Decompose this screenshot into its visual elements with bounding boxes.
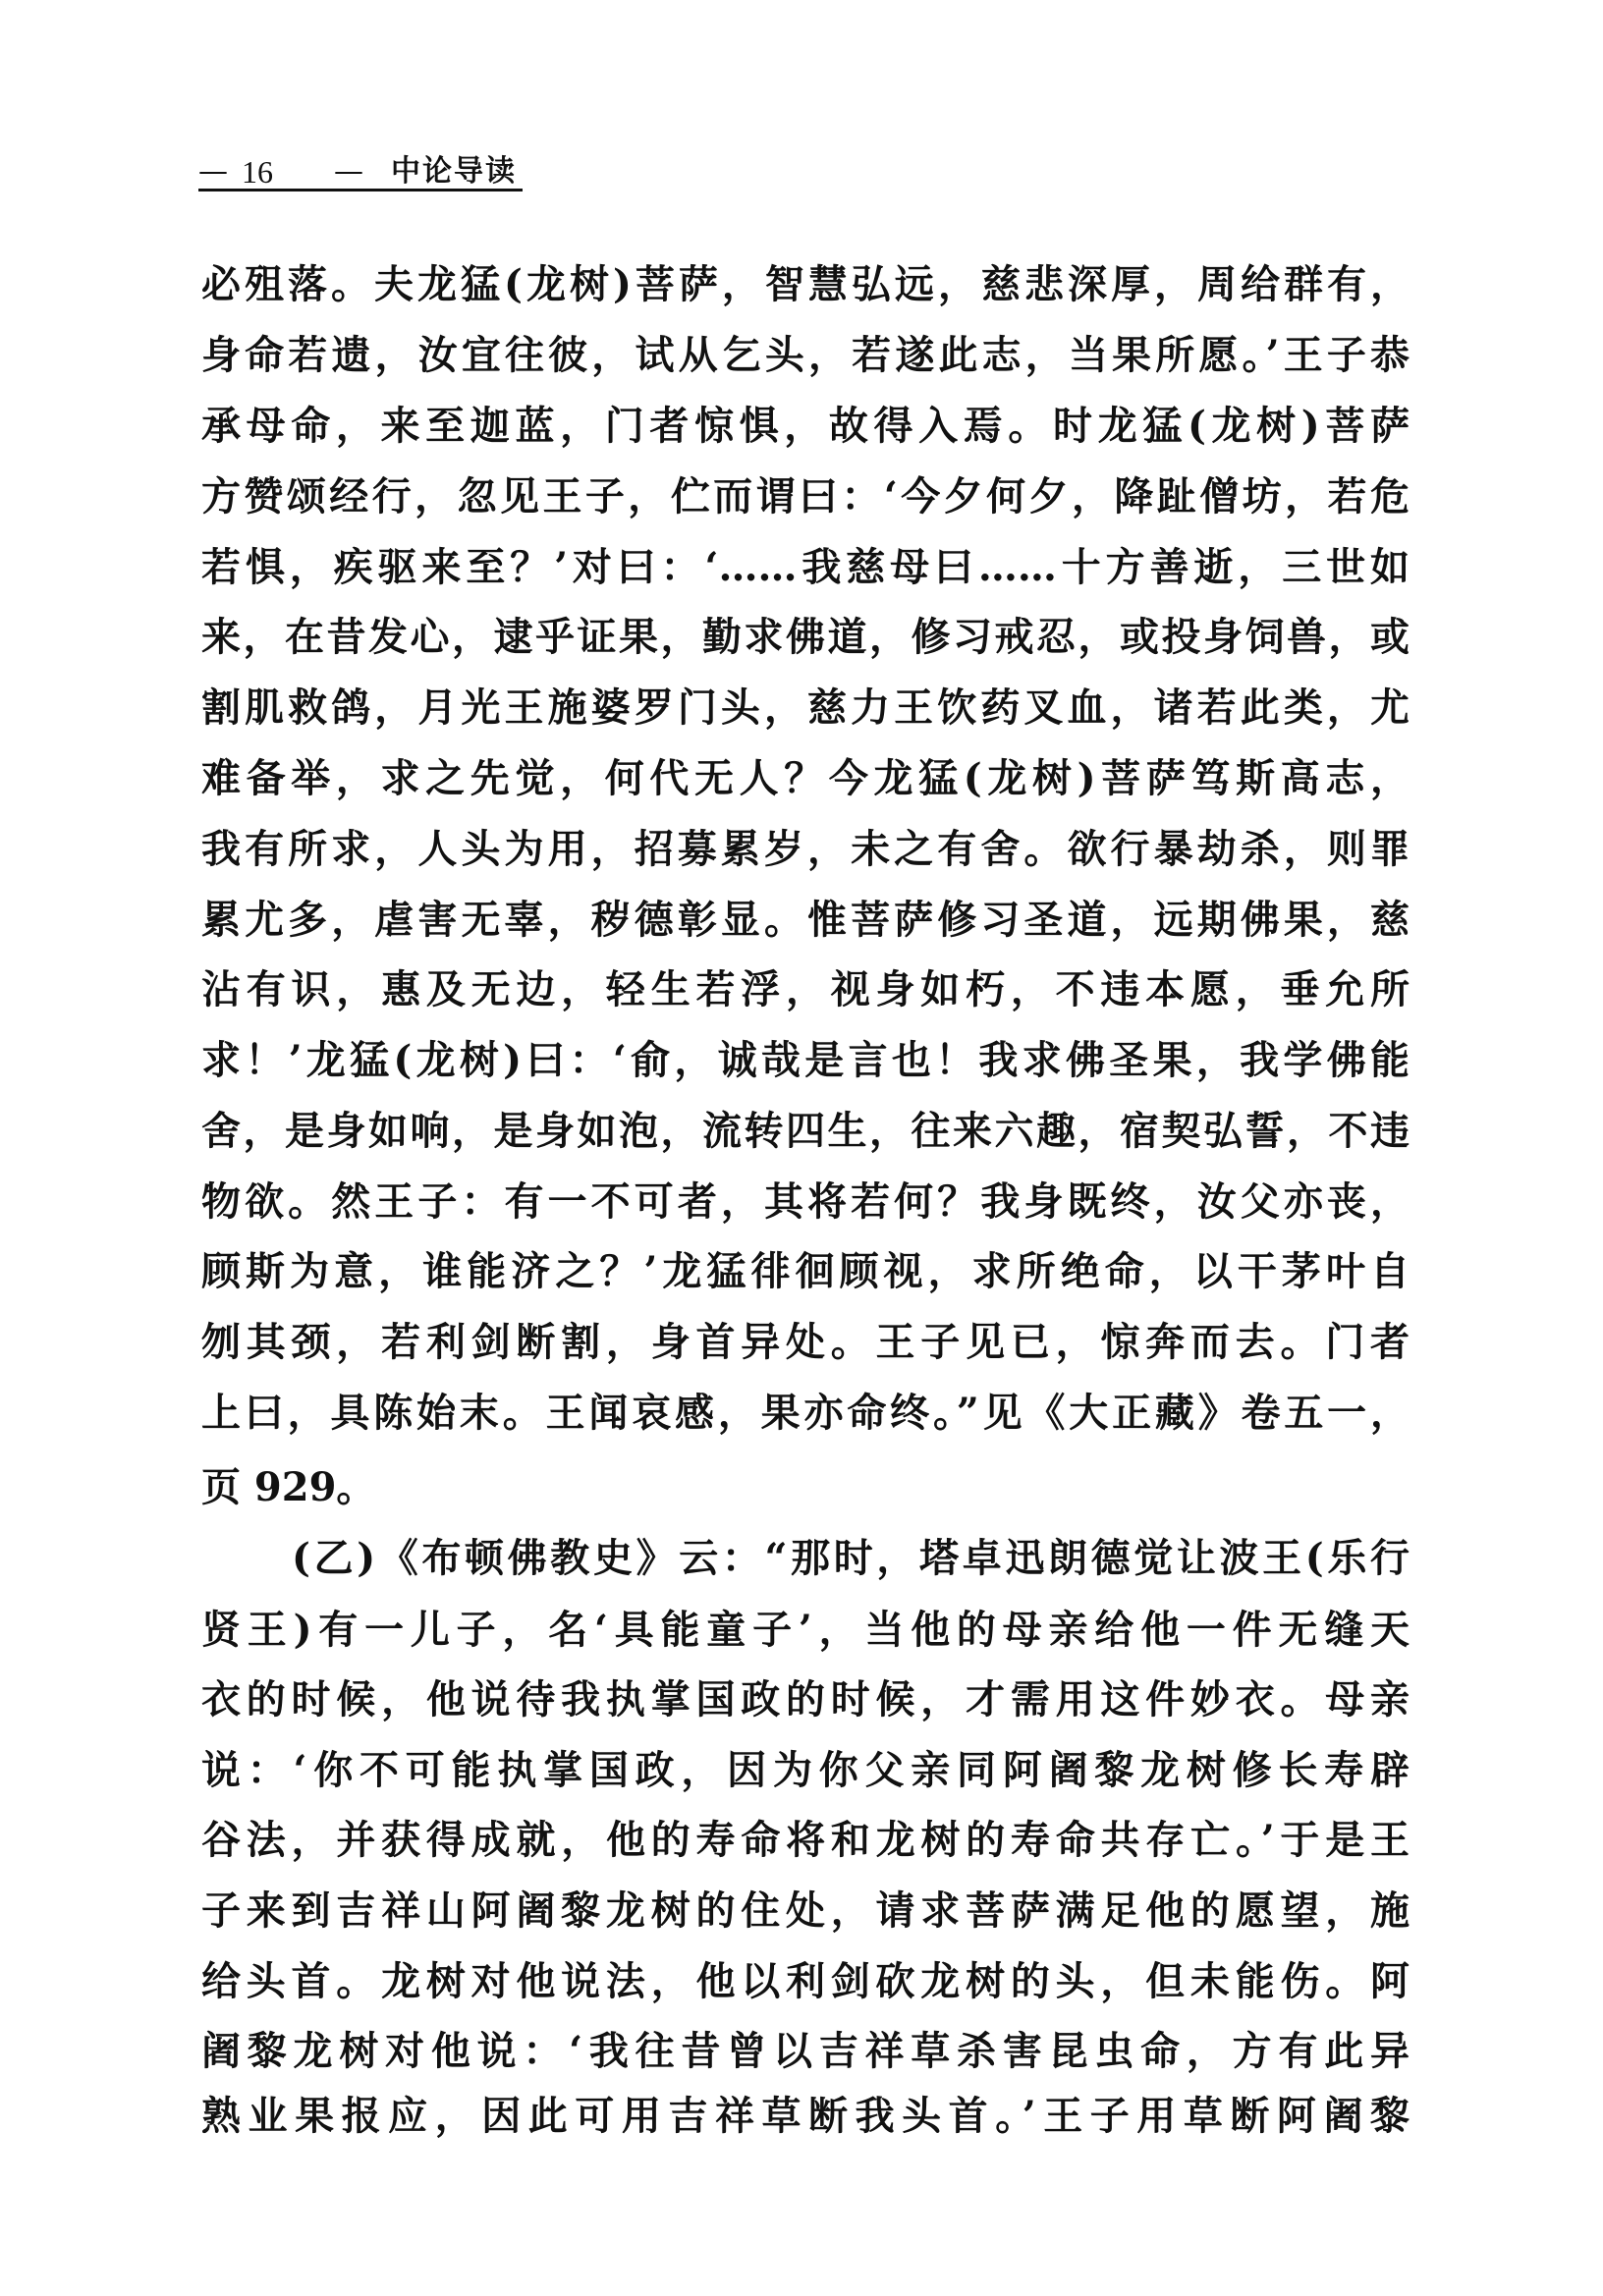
text-line: (乙)《布顿佛教史》云：“那时，塔卓迅朗德觉让波王(乐行	[292, 1534, 1410, 1583]
text-line: 若惧，疾驱来至？’对曰：‘……我慈母曰……十方善逝，三世如	[201, 543, 1410, 592]
text-line: 物欲。然王子：有一不可者，其将若何？我身既终，汝父亦丧，	[201, 1177, 1410, 1227]
text-line: 子来到吉祥山阿阇黎龙树的住处，请求菩萨满足他的愿望，施	[201, 1886, 1410, 1936]
text-line: 贤王)有一儿子，名‘具能童子’，当他的母亲给他一件无缝天	[201, 1606, 1410, 1655]
text-line: 阇黎龙树对他说：‘我往昔曾以吉祥草杀害昆虫命，方有此异	[201, 2027, 1410, 2076]
text-line: 割肌救鸽，月光王施婆罗门头，慈力王饮药叉血，诸若此类，尤	[201, 683, 1410, 733]
text-line: 给头首。龙树对他说法，他以利剑砍龙树的头，但未能伤。阿	[201, 1957, 1410, 2006]
page-number: 16	[242, 157, 273, 187]
text-line: 衣的时候，他说待我执掌国政的时候，才需用这件妙衣。母亲	[201, 1675, 1410, 1724]
text-line: 方赞颂经行，忽见王子，伫而谓曰：‘今夕何夕，降趾僧坊，若危	[201, 472, 1410, 521]
text-line: 刎其颈，若利剑断割，身首异处。王子见已，惊奔而去。门者	[201, 1318, 1410, 1367]
book-title: 中论导读	[391, 157, 517, 187]
running-head: — 16 — 中论导读	[198, 155, 523, 191]
text-line: 顾斯为意，谁能济之？’龙猛徘徊顾视，求所绝命，以干茅叶自	[201, 1247, 1410, 1296]
text-line: 身命若遗，汝宜往彼，试从乞头，若遂此志，当果所愿。’王子恭	[201, 331, 1410, 380]
text-line: 舍，是身如响，是身如泡，流转四生，往来六趣，宿契弘誓，不违	[201, 1107, 1410, 1156]
text-line: 求！’龙猛(龙树)曰：‘俞，诚哉是言也！我求佛圣果，我学佛能	[201, 1036, 1410, 1085]
text-line: 我有所求，人头为用，招募累岁，未之有舍。欲行暴劫杀，则罪	[201, 825, 1410, 874]
text-line: 熟业果报应，因此可用吉祥草断我头首。’王子用草断阿阇黎	[201, 2092, 1410, 2141]
text-line: 沾有识，惠及无边，轻生若浮，视身如朽，不违本愿，垂允所	[201, 965, 1410, 1014]
text-line: 来，在昔发心，逮乎证果，勤求佛道，修习戒忍，或投身饲兽，或	[201, 613, 1410, 662]
text-line: 说：‘你不可能执掌国政，因为你父亲同阿阇黎龙树修长寿辟	[201, 1746, 1410, 1795]
text-line: 累尤多，虐害无辜，秽德彰显。惟菩萨修习圣道，远期佛果，慈	[201, 896, 1410, 945]
running-head-dash-right: —	[334, 157, 363, 187]
text-line: 页 929。	[201, 1463, 375, 1512]
text-line: 必殂落。夫龙猛(龙树)菩萨，智慧弘远，慈悲深厚，周给群有，	[201, 260, 1410, 309]
text-line: 承母命，来至迦蓝，门者惊惧，故得入焉。时龙猛(龙树)菩萨	[201, 402, 1410, 451]
running-head-dash-left: —	[198, 157, 228, 187]
text-line: 上曰，具陈始末。王闻哀感，果亦命终。”见《大正藏》卷五一，	[201, 1389, 1410, 1438]
text-line: 谷法，并获得成就，他的寿命将和龙树的寿命共存亡。’于是王	[201, 1816, 1410, 1865]
text-line: 难备举，求之先觉，何代无人？今龙猛(龙树)菩萨笃斯高志，	[201, 754, 1410, 803]
book-page: — 16 — 中论导读 必殂落。夫龙猛(龙树)菩萨，智慧弘远，慈悲深厚，周给群有…	[0, 0, 1603, 2296]
